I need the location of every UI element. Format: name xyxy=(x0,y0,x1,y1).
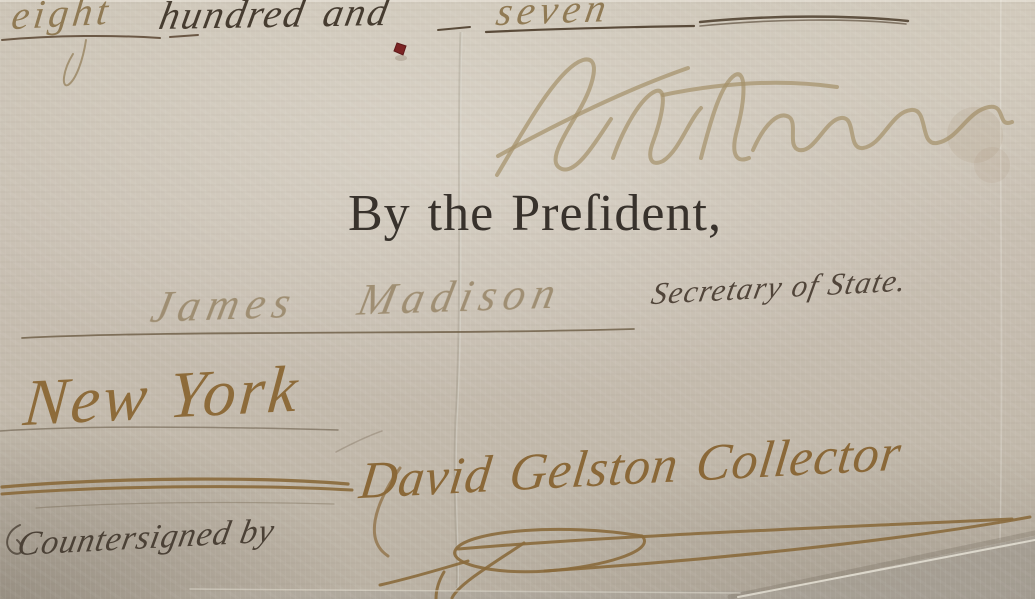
gelston-signature: David Gelston Collector xyxy=(356,423,905,511)
gelston-signature-flourish xyxy=(374,468,1030,599)
jefferson-signature xyxy=(497,59,1012,175)
by-the-president-printed-line: By the Preſident, xyxy=(348,184,722,243)
paper-texture xyxy=(0,0,1035,599)
ink-marks-overlay xyxy=(0,0,1035,599)
new-york-place-name: New York xyxy=(21,351,304,442)
document-photo: eight hundred and seven By the Preſident… xyxy=(0,0,1035,599)
madison-signature: James Madison xyxy=(147,267,568,333)
handwritten-line-underlines xyxy=(2,17,908,86)
document-fold-corner xyxy=(0,0,1035,599)
vertical-crease xyxy=(455,0,1001,588)
secretary-of-state-label: Secretary of State. xyxy=(648,262,910,312)
parchment-background xyxy=(0,0,1035,599)
countersigned-curl xyxy=(7,525,22,554)
fold-ridge xyxy=(190,533,1035,597)
red-seal-fragment xyxy=(394,43,407,61)
document-top-edge xyxy=(0,0,1035,2)
madison-signature-line xyxy=(22,329,634,338)
ink-smudge xyxy=(947,107,1010,183)
countersigned-label: Countersigned by xyxy=(14,512,278,564)
handwritten-word-seven: seven xyxy=(493,0,615,35)
document-bottom-edge xyxy=(150,591,1035,599)
handwritten-word-eight: eight xyxy=(9,0,115,39)
new-york-underlines xyxy=(0,427,382,508)
handwritten-words-hundred-and: hundred and xyxy=(155,0,394,39)
